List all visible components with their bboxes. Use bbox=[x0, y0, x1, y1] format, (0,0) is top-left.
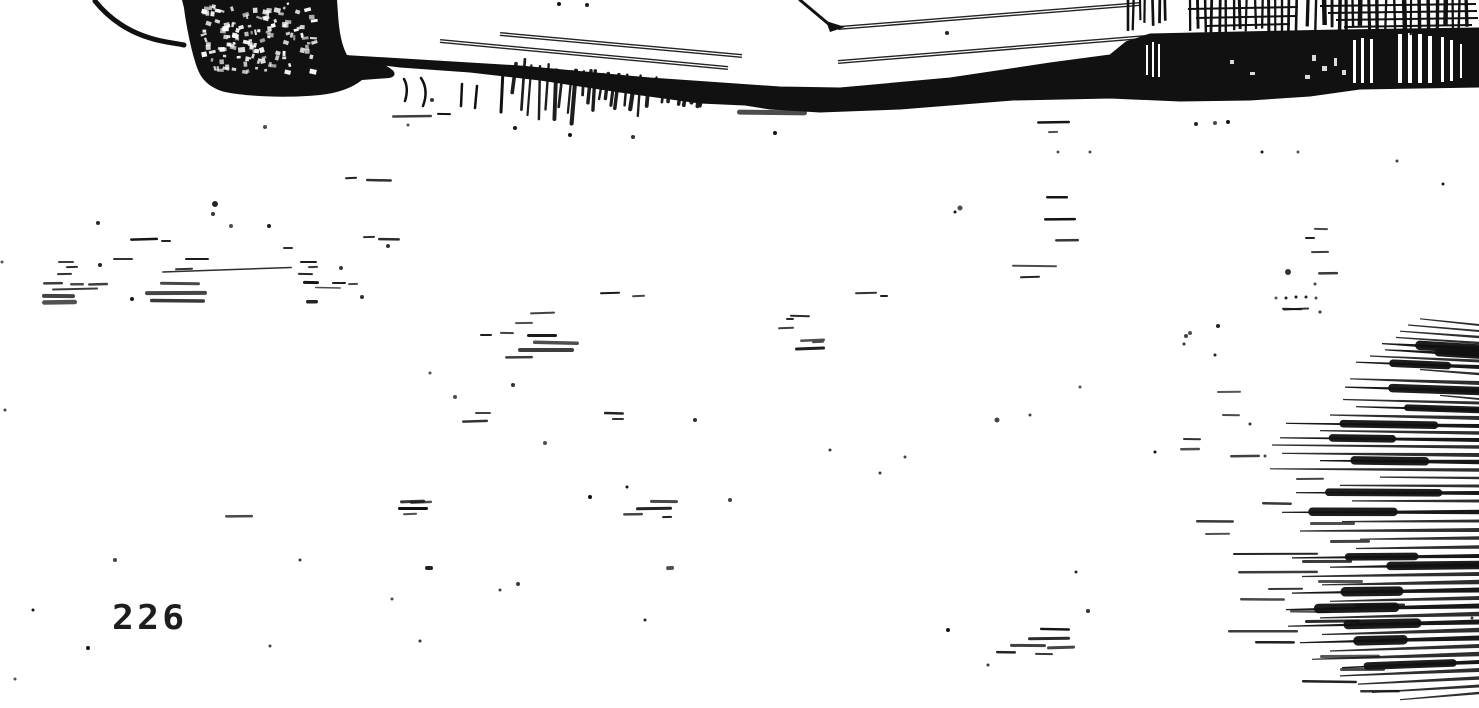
ground-dash bbox=[88, 283, 108, 286]
speed-line bbox=[1420, 369, 1479, 375]
speed-dash bbox=[1228, 630, 1298, 633]
ground-dash bbox=[225, 515, 253, 518]
speed-dash bbox=[1296, 478, 1324, 480]
speed-line bbox=[1302, 572, 1479, 577]
ground-dot bbox=[513, 126, 517, 130]
ground-dash bbox=[161, 240, 171, 242]
ground-dot bbox=[499, 589, 502, 592]
ground-dash bbox=[57, 273, 72, 275]
speed-line bbox=[1272, 444, 1479, 448]
speckle bbox=[223, 35, 228, 40]
hatch-stroke bbox=[539, 66, 540, 119]
ground-dash bbox=[880, 295, 888, 297]
ground-dot bbox=[1297, 151, 1300, 154]
crosshatch-line bbox=[1198, 0, 1199, 29]
ground-dot bbox=[511, 383, 515, 387]
ground-dot bbox=[995, 418, 1000, 423]
vehicle-underside bbox=[95, 0, 1479, 124]
ground-dot bbox=[1154, 451, 1157, 454]
speed-dash bbox=[1320, 655, 1380, 658]
ground-dot bbox=[1089, 151, 1092, 154]
speckle bbox=[283, 51, 286, 56]
ground-dash bbox=[175, 268, 193, 271]
ground-dash bbox=[42, 294, 75, 298]
speed-dash bbox=[1205, 533, 1230, 535]
ground-dot bbox=[936, 88, 940, 92]
ground-dot bbox=[86, 646, 90, 650]
seam-arrow-tip bbox=[826, 21, 845, 32]
ground-dash bbox=[612, 418, 624, 420]
ground-dash bbox=[515, 322, 533, 324]
hatch-stroke bbox=[501, 70, 503, 112]
band-slit bbox=[1370, 39, 1373, 83]
ground-dash bbox=[790, 315, 810, 317]
ground-dot bbox=[516, 582, 520, 586]
speckle bbox=[201, 51, 207, 57]
speed-line bbox=[1352, 500, 1479, 503]
ground-dot bbox=[585, 3, 589, 7]
ground-dot bbox=[1216, 324, 1220, 328]
seam-line bbox=[838, 5, 1140, 29]
speed-dash bbox=[1222, 414, 1240, 416]
speckle bbox=[307, 42, 311, 45]
speed-line bbox=[1408, 324, 1479, 332]
ground-dot bbox=[211, 212, 215, 216]
ground-dot bbox=[1213, 121, 1217, 125]
speckle bbox=[220, 47, 225, 52]
ground-dot bbox=[229, 224, 233, 228]
ground-dash bbox=[505, 356, 533, 359]
speed-line-blob bbox=[1389, 359, 1451, 369]
ground-dot bbox=[945, 31, 949, 35]
speed-dash bbox=[1355, 603, 1405, 607]
speed-line bbox=[1358, 676, 1479, 684]
panel-corner-stroke bbox=[800, 0, 831, 26]
ground-dot bbox=[954, 211, 957, 214]
speckle bbox=[218, 69, 224, 72]
crosshatch-line bbox=[1315, 0, 1316, 35]
band-slit bbox=[1441, 37, 1444, 82]
crosshatch-line bbox=[1133, 0, 1134, 30]
speckle bbox=[219, 59, 224, 64]
ground-dash bbox=[1037, 121, 1070, 124]
ground-dash bbox=[1010, 644, 1046, 647]
ground-dot bbox=[1057, 151, 1060, 154]
ground-dash bbox=[58, 261, 74, 263]
speed-line bbox=[1356, 545, 1479, 549]
band-slit bbox=[1450, 40, 1453, 81]
ground-dash bbox=[533, 341, 579, 345]
ground-dash bbox=[1047, 646, 1075, 650]
speckle bbox=[225, 64, 229, 69]
ground-dash bbox=[52, 288, 98, 291]
ground-dot bbox=[543, 441, 547, 445]
band-slit bbox=[1460, 44, 1462, 78]
ground-dash bbox=[437, 113, 451, 115]
ground-dot bbox=[728, 498, 732, 502]
speed-dash bbox=[1183, 438, 1201, 440]
ground-dot bbox=[1, 261, 4, 264]
speed-line bbox=[1320, 430, 1479, 435]
speckle bbox=[223, 55, 226, 58]
ground-dot bbox=[32, 609, 35, 612]
ground-dash bbox=[378, 238, 400, 241]
hatch-tick bbox=[421, 78, 426, 106]
ground-dot bbox=[1086, 609, 1090, 613]
speckle bbox=[267, 26, 272, 32]
ground-dot bbox=[1285, 297, 1288, 300]
band-fleck bbox=[1334, 58, 1337, 66]
ground-dash bbox=[500, 332, 514, 334]
speed-line bbox=[1380, 477, 1479, 480]
ground-dash bbox=[1305, 237, 1315, 239]
speed-dash bbox=[1233, 553, 1318, 555]
ground-dot bbox=[958, 206, 963, 211]
speed-line bbox=[1400, 331, 1479, 339]
ground-dash bbox=[1012, 265, 1057, 268]
speckle bbox=[249, 45, 254, 49]
ground-dot bbox=[626, 486, 629, 489]
ground-dot bbox=[1285, 269, 1291, 275]
speed-dash bbox=[1330, 540, 1370, 543]
ground-dot bbox=[588, 495, 592, 499]
speckle bbox=[205, 11, 209, 16]
speed-dash bbox=[1268, 588, 1303, 590]
ground-dash bbox=[530, 312, 555, 315]
ground-dash bbox=[1314, 228, 1328, 230]
seam-line bbox=[440, 40, 728, 67]
ground-dash bbox=[348, 283, 358, 285]
ground-dash bbox=[425, 566, 433, 570]
ground-dot bbox=[263, 125, 267, 129]
ground-dot bbox=[299, 559, 302, 562]
ground-dot bbox=[1314, 283, 1317, 286]
band-fleck bbox=[1305, 75, 1310, 79]
ground-dash bbox=[145, 291, 207, 295]
speed-line bbox=[1270, 468, 1479, 472]
ground-dot bbox=[879, 472, 882, 475]
ground-dash bbox=[150, 299, 205, 303]
ground-dot bbox=[904, 456, 907, 459]
band-slit bbox=[1353, 40, 1356, 83]
band-fleck bbox=[1342, 70, 1346, 75]
ground-dash bbox=[632, 295, 645, 297]
ground-dash bbox=[1040, 628, 1070, 631]
ground-dash bbox=[855, 292, 877, 295]
speed-lines bbox=[1180, 318, 1479, 700]
hatch-stroke bbox=[554, 70, 556, 119]
speed-dash bbox=[1318, 580, 1363, 583]
speed-line bbox=[1300, 528, 1479, 532]
ground-dash bbox=[786, 318, 794, 320]
ground-dot bbox=[1008, 84, 1012, 88]
ground-dash bbox=[303, 281, 319, 284]
speed-dash bbox=[1302, 560, 1352, 563]
ground-dot bbox=[693, 418, 697, 422]
ground-dot bbox=[1075, 571, 1078, 574]
speckle bbox=[211, 58, 214, 62]
speed-line bbox=[1440, 395, 1479, 400]
speed-line bbox=[1420, 318, 1479, 326]
ground-dash bbox=[66, 266, 78, 268]
ground-dot bbox=[557, 2, 561, 6]
speed-dash bbox=[1360, 690, 1400, 693]
ground-dot bbox=[1214, 354, 1217, 357]
speckle bbox=[309, 15, 315, 20]
ground-dash bbox=[332, 282, 346, 284]
ground-dot bbox=[773, 131, 777, 135]
speed-line bbox=[1343, 399, 1479, 405]
speed-line-blob bbox=[1341, 586, 1404, 596]
speed-dash bbox=[1340, 668, 1385, 671]
ground-dash bbox=[1046, 196, 1068, 199]
hatch-tick bbox=[404, 79, 407, 101]
speckle bbox=[253, 8, 258, 13]
speed-line-blob bbox=[1325, 488, 1442, 496]
ground-dash bbox=[600, 292, 620, 294]
crosshatch-line bbox=[1205, 0, 1206, 32]
speckle bbox=[245, 58, 249, 61]
ground-dash bbox=[185, 258, 209, 260]
speckle bbox=[278, 12, 284, 15]
band-slit bbox=[1146, 45, 1148, 75]
hatch-stroke bbox=[647, 80, 649, 106]
ground-dash bbox=[996, 651, 1016, 654]
ground-dot bbox=[1184, 334, 1188, 338]
manga-page-scan: 226 bbox=[0, 0, 1479, 708]
speed-line-blob bbox=[1388, 384, 1479, 396]
ground-dot bbox=[946, 628, 950, 632]
ground-dash bbox=[666, 566, 674, 570]
speed-dash bbox=[1302, 680, 1357, 683]
speckle bbox=[227, 43, 232, 47]
ground-dash bbox=[662, 516, 672, 518]
band-fleck bbox=[1250, 72, 1255, 75]
speed-line-blob bbox=[1353, 635, 1408, 646]
ground-dash bbox=[480, 334, 492, 336]
speed-line-blob bbox=[1350, 456, 1429, 466]
cable-line bbox=[95, 1, 184, 45]
ground-dash bbox=[130, 238, 158, 241]
speed-line bbox=[1330, 596, 1479, 602]
ground-dot bbox=[113, 558, 117, 562]
ground-dot bbox=[360, 295, 364, 299]
speed-line bbox=[1322, 628, 1479, 635]
ground-dot bbox=[1295, 296, 1298, 299]
hatch-stroke bbox=[668, 87, 670, 102]
ground-dash bbox=[650, 500, 678, 503]
ground-dash bbox=[1044, 218, 1076, 221]
ground-dash bbox=[778, 327, 794, 330]
crosshatch-line bbox=[1307, 0, 1308, 26]
ground-dot bbox=[96, 221, 100, 225]
ground-dash bbox=[283, 247, 293, 249]
speed-dash bbox=[1196, 520, 1234, 523]
hatch-stroke bbox=[692, 85, 694, 102]
page-number: 226 bbox=[112, 598, 187, 638]
ground-dot bbox=[267, 224, 271, 228]
ground-dot bbox=[1226, 120, 1230, 124]
body-seam-lines bbox=[440, 0, 1158, 69]
band-slit bbox=[1428, 36, 1432, 83]
ground-dash bbox=[160, 282, 200, 286]
ground-dash bbox=[363, 236, 375, 238]
ground-dash bbox=[518, 348, 574, 352]
crosshatch-line bbox=[1328, 11, 1477, 13]
ground-dot bbox=[14, 678, 17, 681]
ground-dash bbox=[113, 258, 133, 260]
panel-artwork bbox=[0, 0, 1479, 708]
speed-line-blob bbox=[1308, 508, 1397, 517]
ground-dot bbox=[212, 201, 218, 207]
ground-dot bbox=[1305, 296, 1308, 299]
speckle bbox=[283, 7, 286, 10]
band-slit bbox=[1158, 44, 1160, 77]
ground-dash bbox=[298, 273, 313, 275]
speed-line-blob bbox=[1386, 560, 1479, 570]
crosshatch-line bbox=[1353, 0, 1354, 28]
speed-line bbox=[1340, 485, 1479, 488]
crosshatch-line bbox=[1165, 0, 1166, 21]
speckle bbox=[243, 61, 247, 66]
speckle bbox=[244, 32, 249, 37]
ground-dot bbox=[1183, 343, 1186, 346]
ground-dash bbox=[398, 507, 428, 510]
ground-dash bbox=[42, 300, 77, 305]
speckle bbox=[305, 49, 310, 54]
ground-dash bbox=[1048, 131, 1058, 133]
ground-dash bbox=[392, 115, 432, 118]
speed-dash bbox=[1180, 448, 1200, 451]
speed-line-blob bbox=[1404, 404, 1479, 414]
ground-dot bbox=[631, 135, 635, 139]
crosshatch-line bbox=[1296, 0, 1297, 34]
speckle bbox=[282, 22, 289, 28]
speed-line bbox=[1282, 453, 1479, 457]
band-slit bbox=[1398, 34, 1402, 83]
ground-dash bbox=[795, 346, 825, 350]
ground-dot bbox=[1264, 455, 1267, 458]
ground-dash bbox=[70, 283, 84, 286]
ground-dot bbox=[429, 372, 432, 375]
hatch-stroke bbox=[475, 86, 477, 108]
crosshatch-line bbox=[1324, 0, 1325, 25]
ground-dash bbox=[315, 287, 341, 289]
ground-dash bbox=[43, 282, 63, 285]
ground-dot bbox=[339, 266, 343, 270]
ground-dot bbox=[4, 409, 7, 412]
ground-dash bbox=[1318, 272, 1338, 275]
speed-dash bbox=[1240, 598, 1285, 601]
ground-dot bbox=[130, 297, 134, 301]
speckle bbox=[282, 57, 286, 60]
speckle bbox=[251, 31, 253, 35]
ground-dash bbox=[300, 261, 317, 263]
ground-dot bbox=[829, 449, 832, 452]
ground-dot bbox=[987, 664, 990, 667]
speed-line bbox=[1330, 644, 1479, 652]
ground-dash bbox=[1035, 653, 1053, 655]
ground-dash bbox=[475, 412, 491, 414]
ground-dot bbox=[98, 263, 102, 267]
hatch-stroke bbox=[593, 71, 595, 110]
ground-dot bbox=[1261, 151, 1264, 154]
speckle bbox=[254, 49, 259, 54]
ground-dash bbox=[462, 420, 488, 423]
ground-dot bbox=[1396, 160, 1399, 163]
ground-dot bbox=[430, 98, 434, 102]
ground-dot bbox=[391, 598, 394, 601]
speed-dash bbox=[1217, 391, 1241, 393]
speed-line bbox=[1342, 520, 1479, 523]
speckle bbox=[293, 35, 295, 40]
speed-line-blob bbox=[1339, 420, 1438, 429]
speckle bbox=[238, 47, 245, 53]
speed-line bbox=[1360, 536, 1479, 540]
speckle bbox=[255, 67, 258, 70]
ground-dash bbox=[306, 300, 318, 304]
ground-dash bbox=[604, 412, 624, 415]
ground-dot bbox=[1442, 183, 1445, 186]
speckle bbox=[202, 30, 206, 33]
hatch-stroke bbox=[583, 72, 584, 95]
ground-dash bbox=[366, 179, 392, 182]
speckle bbox=[257, 29, 260, 32]
speckle bbox=[237, 56, 241, 59]
speckle bbox=[206, 45, 211, 50]
speckle bbox=[222, 26, 228, 31]
band-slit bbox=[1408, 33, 1412, 83]
ground-dot bbox=[1319, 311, 1322, 314]
speckle bbox=[267, 36, 270, 39]
ground-dot bbox=[1315, 297, 1318, 300]
speed-dash bbox=[1310, 522, 1355, 525]
crosshatch-line bbox=[1153, 0, 1154, 26]
ground-dot bbox=[453, 395, 457, 399]
ground-dash bbox=[345, 177, 357, 180]
seam-line bbox=[838, 3, 1140, 27]
speckle bbox=[210, 11, 214, 16]
ground-dash bbox=[527, 334, 557, 337]
ground-dash bbox=[1028, 637, 1070, 641]
band-fleck bbox=[1312, 55, 1316, 61]
ground-dot bbox=[1029, 414, 1032, 417]
ground-dot bbox=[1194, 122, 1198, 126]
ground-dot bbox=[568, 133, 572, 137]
speed-line-blob bbox=[1345, 553, 1419, 561]
speckle bbox=[264, 69, 267, 72]
band-fleck bbox=[1230, 60, 1234, 64]
seam-line bbox=[500, 35, 742, 57]
ground-dot bbox=[386, 244, 390, 248]
speckle bbox=[266, 8, 272, 13]
speed-dash bbox=[1230, 455, 1260, 458]
band-fleck bbox=[1322, 66, 1327, 71]
hatch-stroke bbox=[461, 84, 462, 106]
crosshatch-line bbox=[1246, 0, 1247, 31]
shadow-band bbox=[336, 28, 1479, 112]
ground-dash bbox=[737, 110, 807, 116]
speed-line bbox=[1330, 414, 1479, 420]
ground-dash bbox=[623, 513, 643, 516]
speed-line bbox=[1400, 692, 1479, 701]
speed-dash bbox=[1255, 641, 1295, 644]
ground-dot bbox=[1471, 617, 1474, 620]
speed-line bbox=[1350, 378, 1479, 385]
ground-dot bbox=[1079, 386, 1082, 389]
ground-dot bbox=[269, 645, 272, 648]
ground-dot bbox=[407, 124, 410, 127]
